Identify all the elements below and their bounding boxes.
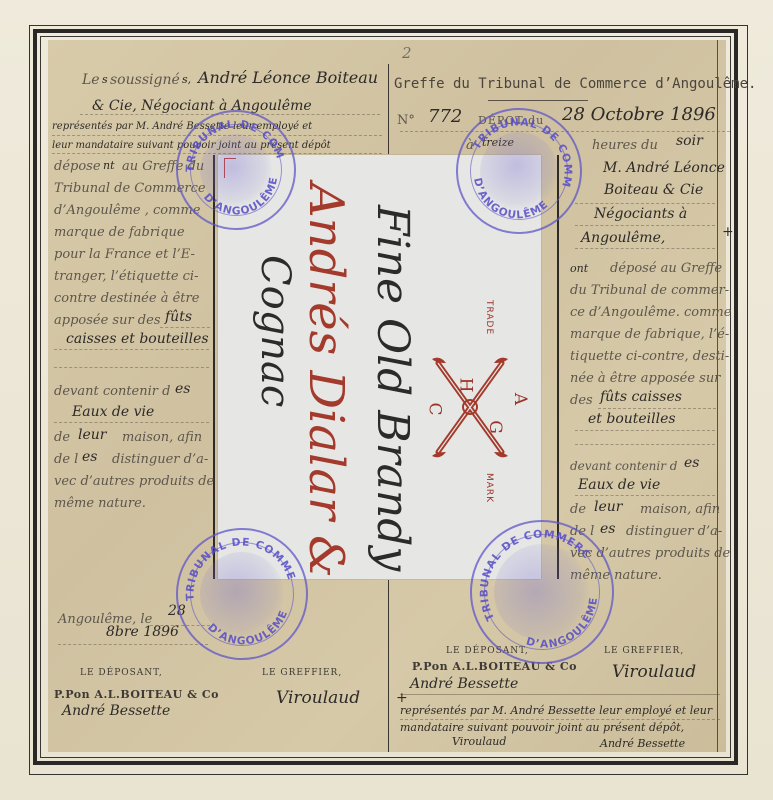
rule [575,248,715,249]
right-label-divider [557,155,559,579]
left-product-hand: Eaux de vie [72,404,154,420]
left-added-line1: représentés par M. André Bessette leur e… [52,121,312,132]
rule [400,131,730,132]
deposit-date: 28 Octobre 1896 [562,104,716,125]
left-avec: vec d’autres produits de [54,474,214,489]
right-contenir-hand: es [684,455,699,471]
note-signature-clerk: Viroulaud [452,735,506,748]
note-signature-depositor: André Bessette [600,737,685,750]
left-text-line-5: tranger, l’étiquette ci- [54,269,199,284]
left-text-line-4: pour la France et l’E- [54,247,195,262]
office-title: Greffe du Tribunal de Commerce d’Angoulê… [394,76,756,92]
right-maison: maison, afin [640,502,720,517]
archive-page: 2 Le s soussigné s, André Léonce Boiteau… [0,0,773,800]
right-ont: ont [570,262,588,275]
rule [52,153,382,154]
depose-label: dépose [54,159,101,174]
hour-period: soir [676,133,703,149]
rule [58,644,208,645]
rule [575,444,715,445]
monogram-g: G [485,420,505,434]
rule [575,495,715,496]
label-line-maker: Andrés Dialar & Co [298,183,354,579]
hour-value: treize [482,136,514,149]
left-contenir: devant contenir d [54,384,170,399]
right-text-line-1: du Tribunal de commer- [570,283,729,298]
hour-label: heures du [592,138,658,153]
right-name-line1: M. André Léonce [603,160,725,176]
number-label: N° [397,113,415,128]
label-mark: MARK [484,473,494,503]
note-line1: représentés par M. André Bessette leur e… [400,704,712,717]
monogram-c: C [425,402,445,415]
rule [400,719,720,720]
depose-suffix: nt [103,159,115,172]
left-name-line1: André Léonce Boiteau [198,68,378,87]
rule [575,203,715,204]
left-label-divider [213,155,215,579]
left-clerk-signature: Viroulaud [276,688,360,708]
label-trade: TRADE [484,300,494,335]
right-depositor-stamp: P.Pon A.L.BOITEAU & Co [412,660,577,673]
label-line-cognac: Cognac [252,255,298,407]
monogram-h: H [455,378,475,393]
rule [54,422,209,423]
red-corner-mark [224,158,236,159]
soussigne-label: soussigné [110,72,180,88]
left-goods-hand-1: fûts [165,309,192,325]
left-depositor-caption: LE DÉPOSANT, [80,668,163,678]
left-date-month-year: 8bre 1896 [106,624,179,640]
right-text-line-2: ce d’Angoulême. comme [570,305,731,320]
center-divider-top [388,64,389,154]
rule [598,408,716,409]
left-de-l: de l [54,452,78,467]
number-value: 772 [428,106,462,127]
right-edge-line [717,40,718,752]
left-goods-hand-2: caisses et bouteilles [66,331,209,347]
right-name-line2: Boiteau & Cie [604,182,703,198]
rule [400,694,720,695]
rule [575,225,715,226]
left-de-hand: leur [78,427,106,443]
title-ornament [488,100,588,101]
right-de-hand: leur [594,499,622,515]
hour-prefix: à [466,138,474,153]
left-de-l-hand: es [82,449,97,465]
right-depositor-signature: André Bessette [410,676,518,692]
left-distinguer: distinguer d’a- [112,452,208,467]
intro-plural-mark: s [102,73,108,86]
left-de-label: de [54,430,70,445]
rule [52,135,382,136]
left-text-line-1: Tribunal de Commerce [54,181,206,196]
left-text-line-0: au Greffe du [122,159,204,174]
left-contenir-hand: es [175,381,190,397]
intro-le: Le [82,72,100,88]
left-meme: même nature. [54,496,146,511]
left-added-line2: leur mandataire suivant pouvoir joint au… [52,140,331,151]
right-distinguer: distinguer d’a- [626,524,722,539]
monogram-a: A [510,393,530,405]
left-text-line-2: d’Angoulême , comme [54,203,200,218]
rule [80,114,380,115]
note-line2: mandataire suivant pouvoir joint au prés… [400,721,684,734]
right-text-line-4: tiquette ci-contre, desti- [570,349,729,364]
right-name-line4: Angoulême, [581,230,665,246]
right-de-l: de l [570,524,594,539]
left-text-line-6: contre destinée à être [54,291,199,306]
rule [575,430,715,431]
right-goods-hand-2: et bouteilles [588,411,676,427]
left-depositor-signature: André Bessette [62,703,170,719]
right-de-label: de [570,502,586,517]
right-goods-hand-1: fûts caisses [600,389,682,405]
right-product-hand: Eaux de vie [578,477,660,493]
right-meme: même nature. [570,568,662,583]
right-depositor-caption: LE DÉPOSANT, [446,646,529,656]
left-date-day: 28 [168,603,186,619]
soussigne-suffix: s, [182,73,191,86]
rule [54,349,209,350]
left-name-line2: & Cie, Négociant à Angoulême [92,98,312,114]
rule [54,367,209,368]
left-clerk-caption: LE GREFFIER, [262,668,342,678]
label-line-fine-old-brandy: Fine Old Brandy [367,205,418,571]
right-plus-mark: + [722,224,734,240]
center-divider-bottom [388,580,389,752]
left-text-line-3: marque de fabrique [54,225,185,240]
left-maison: maison, afin [122,430,202,445]
right-clerk-caption: LE GREFFIER, [604,646,684,656]
right-text-line-0: déposé au Greffe [610,261,722,276]
left-depositor-stamp: P.Pon A.L.BOITEAU & Co [54,688,219,701]
deposit-label: DÉPOT du [478,114,544,127]
red-corner-mark [224,158,225,178]
left-text-line-7: apposée sur des [54,313,161,328]
right-name-line3: Négociants à [594,206,687,222]
right-text-line-3: marque de fabrique, l’é- [570,327,729,342]
right-de-l-hand: es [600,521,615,537]
rule [160,327,210,328]
right-text-line-6: des [570,393,593,408]
right-text-line-5: née à être apposée sur [570,371,720,386]
page-number: 2 [402,44,412,62]
right-contenir: devant contenir d [570,459,677,473]
brandy-label: Fine Old Brandy Andrés Dialar & Co Cogna… [218,155,541,579]
right-avec: vec d’autres produits de [570,546,730,561]
right-clerk-signature: Viroulaud [612,662,696,682]
